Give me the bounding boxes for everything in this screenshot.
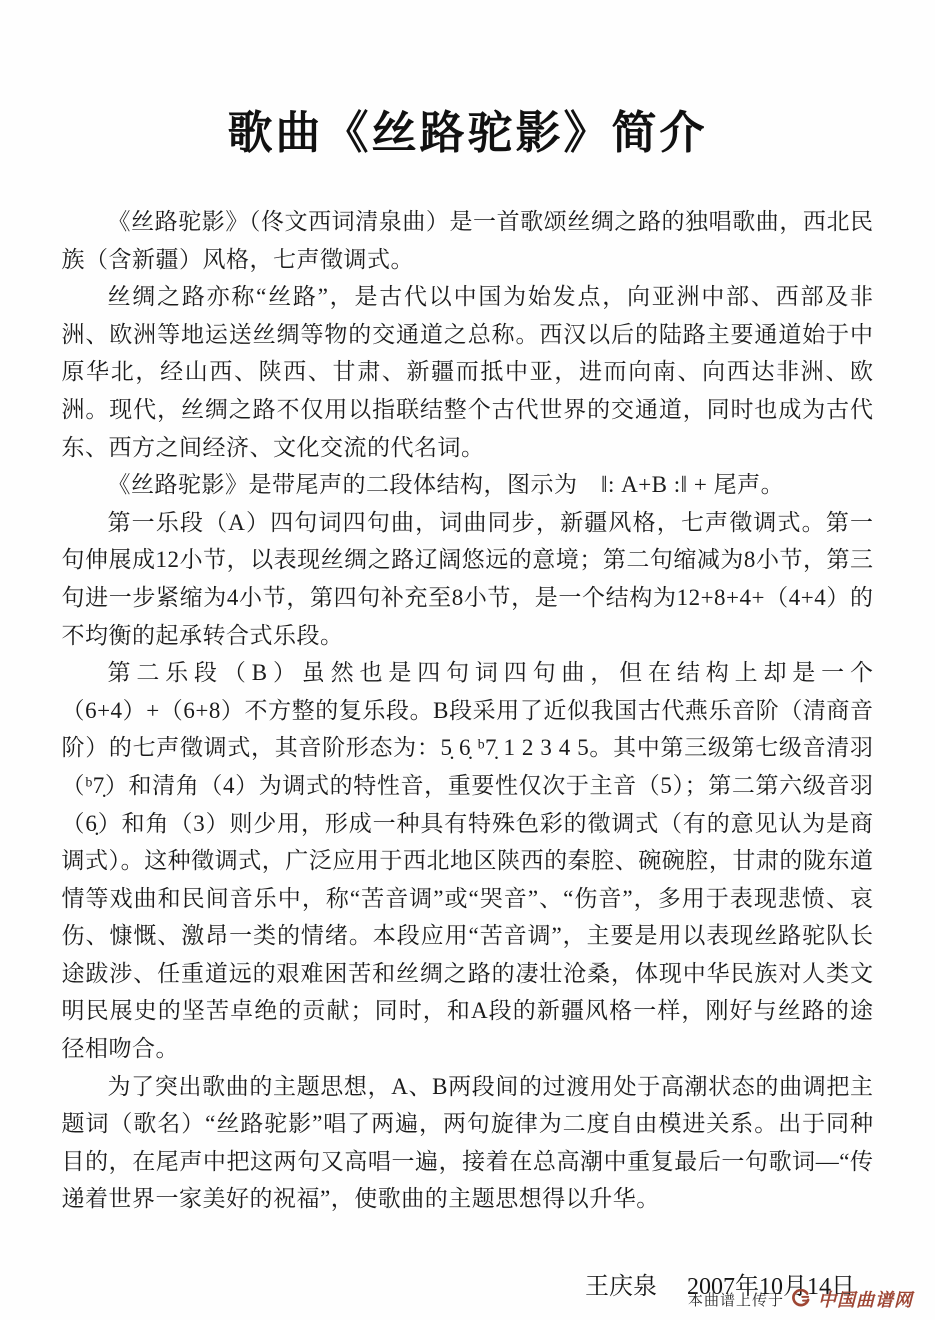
paragraph-section-b: 第二乐段（B）虽然也是四句词四句曲，但在结构上却是一个（6+4）+（6+8）不方…: [62, 654, 874, 1068]
paragraph-structure-diagram: 《丝路驼影》是带尾声的二段体结构，图示为 ‖: A+B :‖ + 尾声。: [62, 466, 874, 504]
site-name-label: 中国曲谱网: [818, 1286, 913, 1312]
music-site-logo-icon: [791, 1289, 811, 1309]
paragraph-silk-road-history: 丝绸之路亦称“丝路”，是古代以中国为始发点，向亚洲中部、西部及非洲、欧洲等地运送…: [62, 278, 874, 466]
paragraph-intro: 《丝路驼影》（佟文西词清泉曲）是一首歌颂丝绸之路的独唱歌曲，西北民族（含新疆）风…: [62, 203, 874, 278]
author-name: 王庆泉: [585, 1274, 657, 1300]
page-title: 歌曲《丝路驼影》简介: [0, 96, 935, 161]
paragraph-theme-summary: 为了突出歌曲的主题思想，A、B两段间的过渡用处于高潮状态的曲调把主题词（歌名）“…: [62, 1068, 874, 1218]
paragraph-section-a: 第一乐段（A）四句词四句曲，词曲同步，新疆风格，七声徵调式。第一句伸展成12小节…: [62, 504, 874, 654]
site-watermark: 本曲谱上传于 中国曲谱网: [688, 1286, 913, 1312]
upload-note-label: 本曲谱上传于: [688, 1289, 784, 1310]
document-body: 《丝路驼影》（佟文西词清泉曲）是一首歌颂丝绸之路的独唱歌曲，西北民族（含新疆）风…: [62, 203, 874, 1218]
scanned-document-page: 歌曲《丝路驼影》简介 《丝路驼影》（佟文西词清泉曲）是一首歌颂丝绸之路的独唱歌曲…: [0, 0, 935, 1320]
